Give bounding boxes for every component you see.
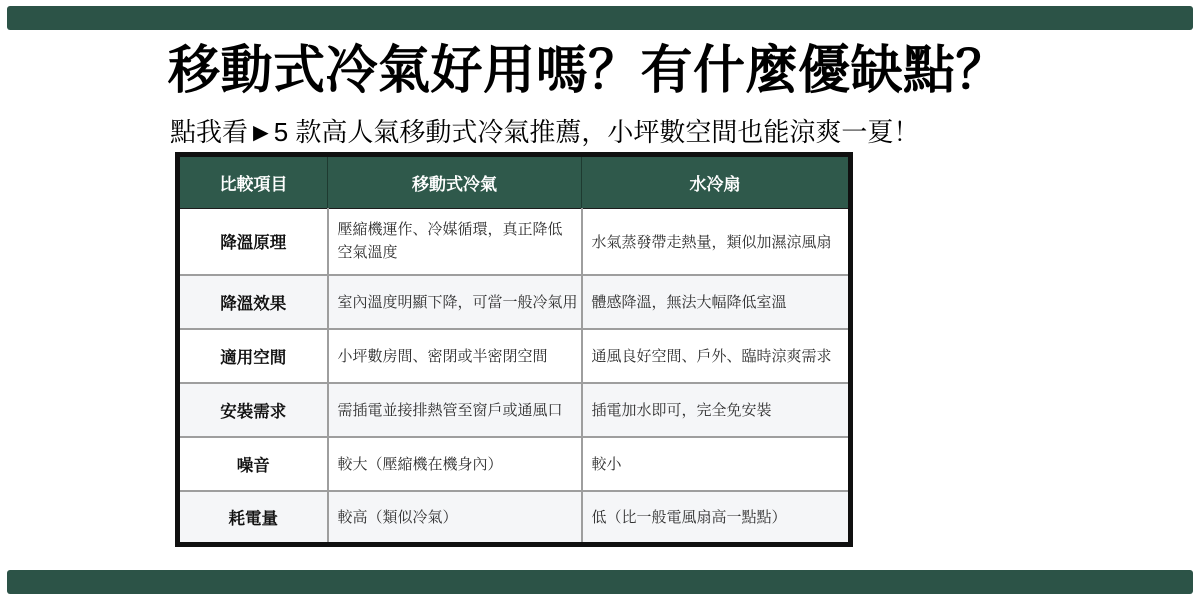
cell-text: 小坪數房間、密閉或半密閉空間: [338, 345, 572, 366]
table-row: 降溫效果室內溫度明顯下降，可當一般冷氣用體感降溫，無法大幅降低室溫: [178, 275, 851, 329]
row-label: 降溫效果: [178, 275, 328, 329]
cell-portable-ac: 室內溫度明顯下降，可當一般冷氣用: [328, 275, 582, 329]
bottom-accent-bar: [7, 570, 1193, 594]
row-label: 適用空間: [178, 329, 328, 383]
column-header: 水冷扇: [582, 155, 851, 209]
table-row: 噪音較大（壓縮機在機身內）較小: [178, 437, 851, 491]
cell-portable-ac: 小坪數房間、密閉或半密閉空間: [328, 329, 582, 383]
cell-text: 低（比一般電風扇高一點點）: [592, 506, 840, 527]
top-accent-bar: [7, 6, 1193, 30]
row-label: 降溫原理: [178, 209, 328, 275]
row-label: 耗電量: [178, 491, 328, 545]
cell-water-fan: 通風良好空間、戶外、臨時涼爽需求: [582, 329, 851, 383]
cell-text: 較高（類似冷氣）: [338, 506, 572, 527]
page-title: 移動式冷氣好用嗎？有什麼優缺點？: [168, 38, 1008, 106]
cell-text: 較小: [592, 453, 840, 474]
cell-water-fan: 體感降溫，無法大幅降低室溫: [582, 275, 851, 329]
row-label: 安裝需求: [178, 383, 328, 437]
header-row: 比較項目移動式冷氣水冷扇: [178, 155, 851, 209]
table-row: 安裝需求需插電並接排熱管至窗戶或通風口插電加水即可，完全免安裝: [178, 383, 851, 437]
cell-portable-ac: 壓縮機運作、冷媒循環，真正降低空氣溫度: [328, 209, 582, 275]
cell-water-fan: 低（比一般電風扇高一點點）: [582, 491, 851, 545]
cell-water-fan: 插電加水即可，完全免安裝: [582, 383, 851, 437]
table-row: 耗電量較高（類似冷氣）低（比一般電風扇高一點點）: [178, 491, 851, 545]
cell-text: 室內溫度明顯下降，可當一般冷氣用: [338, 291, 572, 312]
cell-text: 較大（壓縮機在機身內）: [338, 453, 572, 474]
cell-text: 壓縮機運作、冷媒循環，真正降低空氣溫度: [338, 218, 572, 265]
cell-portable-ac: 需插電並接排熱管至窗戶或通風口: [328, 383, 582, 437]
cell-water-fan: 較小: [582, 437, 851, 491]
comparison-table-body: 降溫原理壓縮機運作、冷媒循環，真正降低空氣溫度水氣蒸發帶走熱量，類似加濕涼風扇降…: [178, 209, 851, 545]
cell-text: 水氣蒸發帶走熱量，類似加濕涼風扇: [592, 231, 840, 252]
cell-text: 通風良好空間、戶外、臨時涼爽需求: [592, 345, 840, 366]
column-header: 比較項目: [178, 155, 328, 209]
comparison-table: 比較項目移動式冷氣水冷扇 降溫原理壓縮機運作、冷媒循環，真正降低空氣溫度水氣蒸發…: [175, 152, 853, 547]
row-label: 噪音: [178, 437, 328, 491]
cell-text: 體感降溫，無法大幅降低室溫: [592, 291, 840, 312]
table-row: 降溫原理壓縮機運作、冷媒循環，真正降低空氣溫度水氣蒸發帶走熱量，類似加濕涼風扇: [178, 209, 851, 275]
cell-water-fan: 水氣蒸發帶走熱量，類似加濕涼風扇: [582, 209, 851, 275]
cell-portable-ac: 較大（壓縮機在機身內）: [328, 437, 582, 491]
cell-text: 插電加水即可，完全免安裝: [592, 399, 840, 420]
infographic-canvas: 移動式冷氣好用嗎？有什麼優缺點？ 點我看►5 款高人氣移動式冷氣推薦，小坪數空間…: [0, 0, 1200, 600]
comparison-table-header: 比較項目移動式冷氣水冷扇: [178, 155, 851, 209]
cell-portable-ac: 較高（類似冷氣）: [328, 491, 582, 545]
table-row: 適用空間小坪數房間、密閉或半密閉空間通風良好空間、戶外、臨時涼爽需求: [178, 329, 851, 383]
subtitle-cta-link[interactable]: 點我看►5 款高人氣移動式冷氣推薦，小坪數空間也能涼爽一夏！: [170, 112, 919, 149]
column-header: 移動式冷氣: [328, 155, 582, 209]
cell-text: 需插電並接排熱管至窗戶或通風口: [338, 399, 572, 420]
